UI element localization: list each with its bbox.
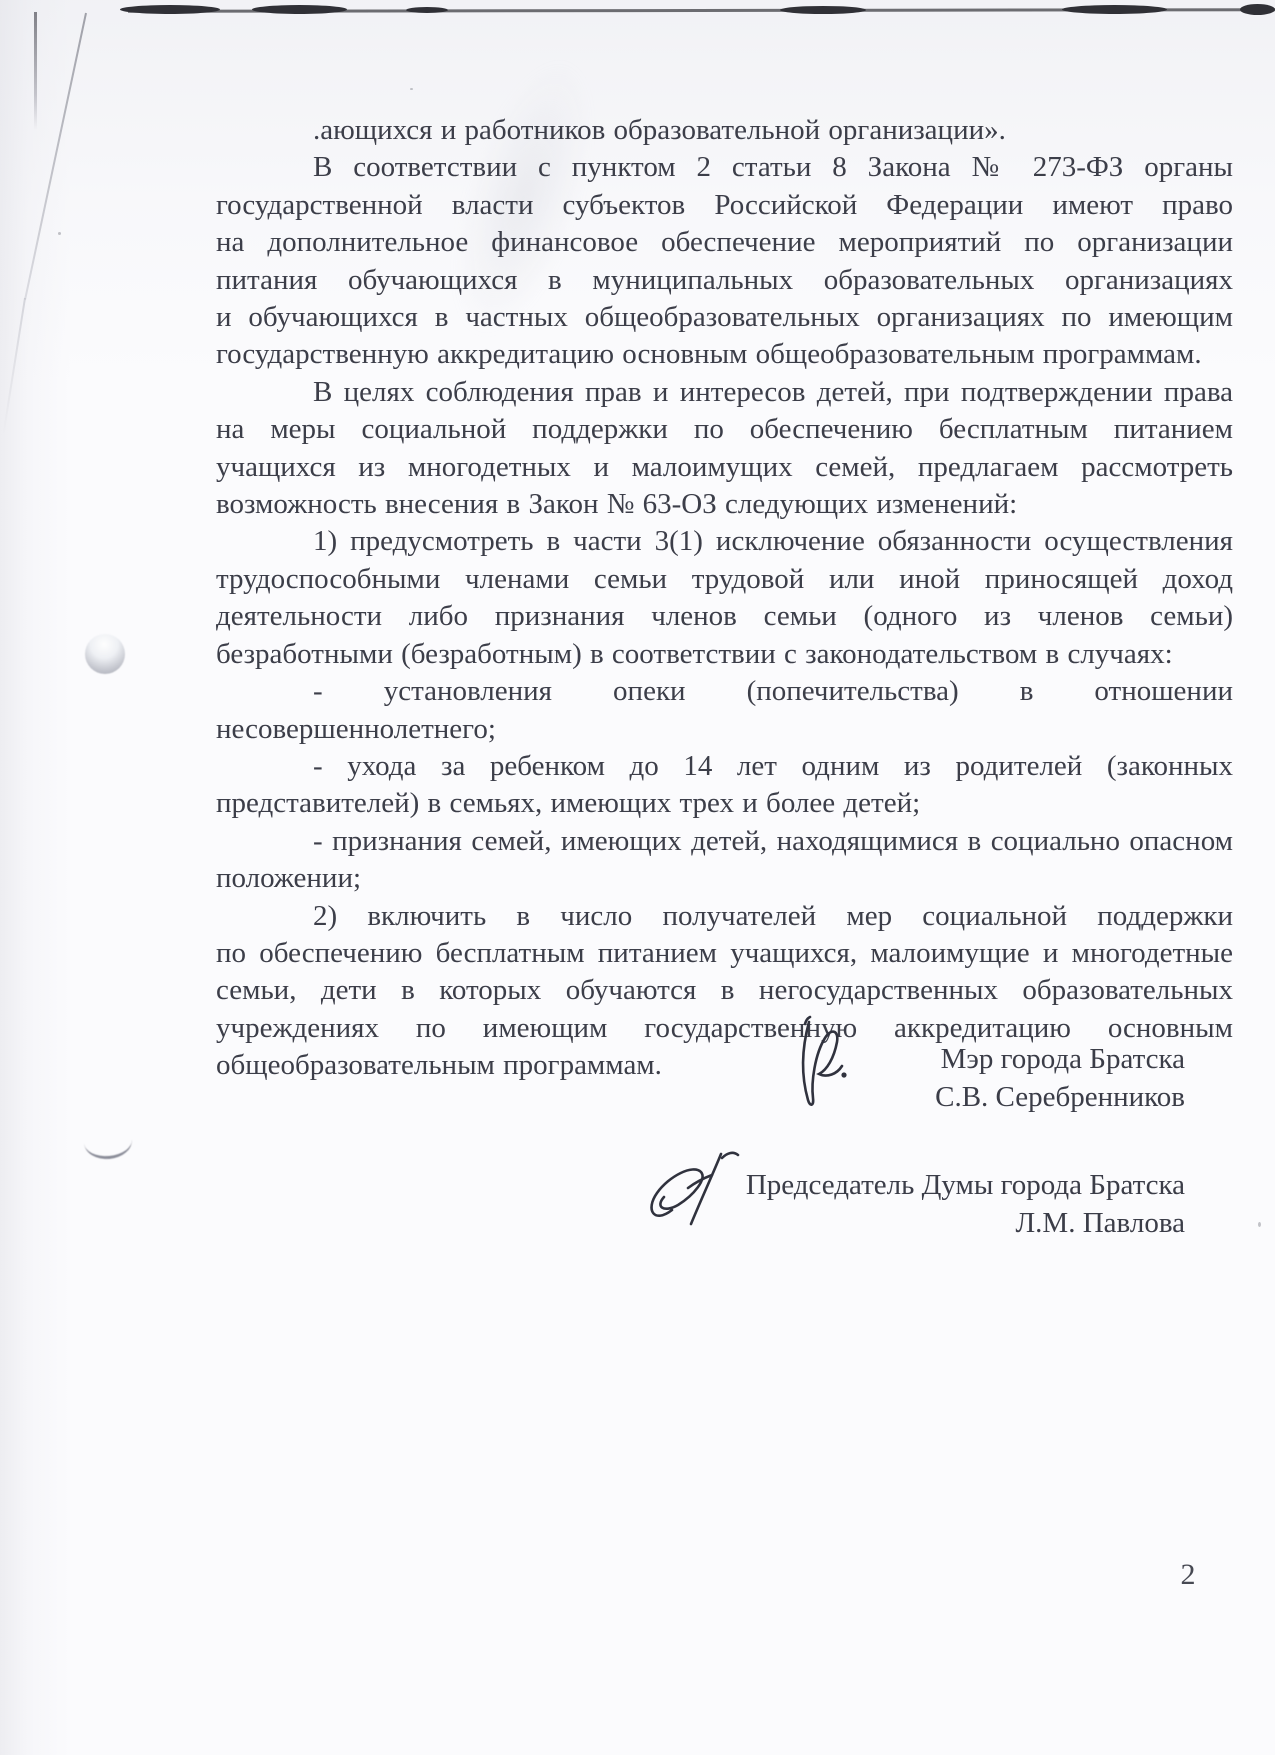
page-edge-line — [34, 12, 37, 130]
scan-edge-blob — [1240, 4, 1275, 15]
scan-edge-blob — [120, 5, 220, 14]
paragraph: - установления опеки (попечительства) в … — [216, 673, 1233, 748]
scan-edge-blob — [780, 6, 866, 14]
text-line: - признания семей, имеющих детей, находя… — [216, 823, 1233, 860]
signature-title: Мэр города Братска — [216, 1040, 1185, 1078]
signature-block-duma-chair: Председатель Думы города Братска Л.М. Па… — [216, 1166, 1185, 1242]
text-line: и обучающихся в частных общеобразователь… — [216, 299, 1233, 336]
hole-punch-mark — [85, 634, 125, 674]
paragraph: - признания семей, имеющих детей, находя… — [216, 823, 1233, 898]
text-line: В соответствии с пунктом 2 статьи 8 Зако… — [216, 149, 1233, 186]
scan-speck — [58, 232, 61, 235]
scan-edge-blob — [1062, 5, 1167, 14]
paragraph: 1) предусмотреть в части 3(1) исключение… — [216, 523, 1233, 673]
text-line: трудоспособными членами семьи трудовой и… — [216, 561, 1233, 598]
paragraph: В соответствии с пунктом 2 статьи 8 Зако… — [216, 149, 1233, 373]
text-line: безработными (безработным) в соответстви… — [216, 636, 1233, 673]
signature-name: С.В. Серебренников — [216, 1078, 1185, 1116]
text-line: на дополнительное финансовое обеспечение… — [216, 224, 1233, 261]
page-number: 2 — [1158, 1558, 1218, 1592]
fold-crease — [2, 298, 26, 437]
text-line: учащихся из многодетных и малоимущих сем… — [216, 449, 1233, 486]
paragraph: В целях соблюдения прав и интересов дете… — [216, 374, 1233, 524]
signature-title: Председатель Думы города Братска — [216, 1166, 1185, 1204]
scan-edge-blob — [406, 7, 448, 13]
signature-name: Л.М. Павлова — [216, 1204, 1185, 1242]
signature-block-mayor: Мэр города Братска С.В. Серебренников — [216, 1040, 1185, 1116]
text-line: семьи, дети в которых обучаются в негосу… — [216, 972, 1233, 1009]
text-line: 2) включить в число получателей мер соци… — [216, 898, 1233, 935]
text-line: государственной власти субъектов Российс… — [216, 187, 1233, 224]
text-line: по обеспечению бесплатным питанием учащи… — [216, 935, 1233, 972]
text-line: - ухода за ребенком до 14 лет одним из р… — [216, 748, 1233, 785]
paragraph: .ающихся и работников образовательной ор… — [216, 112, 1233, 149]
text-line: представителей) в семьях, имеющих трех и… — [216, 785, 1233, 822]
text-line: положении; — [216, 860, 1233, 897]
text-line: несовершеннолетнего; — [216, 711, 1233, 748]
scan-edge-blob — [252, 5, 347, 14]
text-line: - установления опеки (попечительства) в … — [216, 673, 1233, 710]
scanned-letter-page: .ающихся и работников образовательной ор… — [0, 0, 1275, 1755]
text-line: возможность внесения в Закон № 63-ОЗ сле… — [216, 486, 1233, 523]
text-line: В целях соблюдения прав и интересов дете… — [216, 374, 1233, 411]
scan-speck — [1258, 1222, 1261, 1227]
text-line: деятельности либо признания членов семьи… — [216, 598, 1233, 635]
crescent-fold-mark — [83, 1122, 134, 1161]
document-text: .ающихся и работников образовательной ор… — [216, 112, 1233, 1085]
text-line: на меры социальной поддержки по обеспече… — [216, 411, 1233, 448]
scan-speck — [410, 88, 413, 90]
text-line: 1) предусмотреть в части 3(1) исключение… — [216, 523, 1233, 560]
paragraph: - ухода за ребенком до 14 лет одним из р… — [216, 748, 1233, 823]
text-line: .ающихся и работников образовательной ор… — [216, 112, 1233, 149]
text-line: питания обучающихся в муниципальных обра… — [216, 262, 1233, 299]
text-line: государственную аккредитацию основным об… — [216, 336, 1233, 373]
